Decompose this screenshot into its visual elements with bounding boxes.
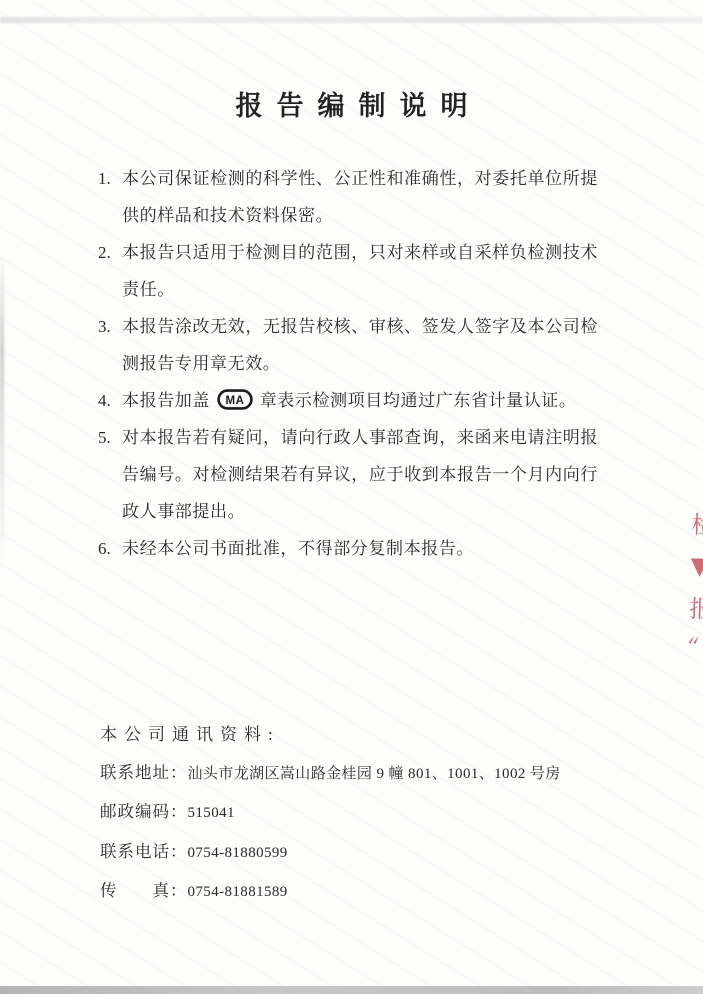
scan-artifact-left-edge (0, 250, 4, 580)
item-text: 本公司保证检测的科学性、公正性和准确性，对委托单位所提供的样品和技术资料保密。 (122, 169, 598, 225)
contact-label: 联系地址： (100, 763, 188, 782)
list-item: 3. 本报告涂改无效，无报告校核、审核、签发人签字及本公司检测报告专用章无效。 (98, 308, 598, 382)
cma-accreditation-stamp-icon: MA (217, 389, 253, 410)
contact-label: 传 真： (100, 881, 188, 900)
contact-label: 邮政编码： (100, 802, 188, 821)
list-item: 4. 本报告加盖 MA 章表示检测项目均通过广东省计量认证。 (98, 382, 598, 419)
contact-value: 汕头市龙湖区嵩山路金桂园 9 幢 801、1001、1002 号房 (188, 766, 561, 782)
item-number: 5. (98, 419, 111, 456)
contact-info-block: 本公司通讯资料: 联系地址：汕头市龙湖区嵩山路金桂园 9 幢 801、1001、… (100, 716, 580, 912)
item-text: 本报告涂改无效，无报告校核、审核、签发人签字及本公司检测报告专用章无效。 (122, 317, 598, 373)
contact-row-address: 联系地址：汕头市龙湖区嵩山路金桂园 9 幢 801、1001、1002 号房 (100, 754, 580, 794)
page-title: 报告编制说明 (0, 84, 703, 123)
item-text: 本报告加盖 (122, 391, 215, 410)
item-text: 本报告只适用于检测目的范围，只对来样或自采样负检测技术责任。 (122, 243, 598, 299)
item-text: 未经本公司书面批准，不得部分复制本报告。 (122, 539, 474, 558)
contact-heading: 本公司通讯资料: (100, 716, 580, 754)
cma-stamp-label: MA (225, 395, 244, 407)
contact-label: 联系电话： (100, 842, 188, 861)
notes-list: 1. 本公司保证检测的科学性、公正性和准确性，对委托单位所提供的样品和技术资料保… (98, 160, 598, 567)
report-notes-page: 报告编制说明 1. 本公司保证检测的科学性、公正性和准确性，对委托单位所提供的样… (0, 0, 703, 994)
contact-row-fax: 传 真：0754-81881589 (100, 872, 580, 912)
contact-row-phone: 联系电话：0754-81880599 (100, 833, 580, 873)
item-number: 6. (98, 530, 111, 567)
item-number: 2. (98, 234, 111, 271)
contact-value: 0754-81880599 (188, 845, 288, 861)
item-number: 4. (98, 382, 111, 419)
list-item: 6. 未经本公司书面批准，不得部分复制本报告。 (98, 530, 598, 567)
contact-value: 0754-81881589 (188, 884, 288, 900)
contact-row-postcode: 邮政编码：515041 (100, 793, 580, 833)
item-number: 3. (98, 308, 111, 345)
red-edge-stamp-fragment: 检▼报〟 (681, 512, 703, 683)
item-text: 对本报告若有疑问，请向行政人事部查询，来函来电请注明报告编号。对检测结果若有异议… (122, 428, 598, 521)
contact-value: 515041 (188, 805, 235, 821)
list-item: 2. 本报告只适用于检测目的范围，只对来样或自采样负检测技术责任。 (98, 234, 598, 308)
scan-artifact-top-edge (0, 17, 703, 23)
scan-artifact-bottom-edge (0, 986, 703, 994)
list-item: 5. 对本报告若有疑问，请向行政人事部查询，来函来电请注明报告编号。对检测结果若… (98, 419, 598, 530)
item-text: 章表示检测项目均通过广东省计量认证。 (255, 391, 577, 410)
item-number: 1. (98, 160, 111, 197)
list-item: 1. 本公司保证检测的科学性、公正性和准确性，对委托单位所提供的样品和技术资料保… (98, 160, 598, 234)
